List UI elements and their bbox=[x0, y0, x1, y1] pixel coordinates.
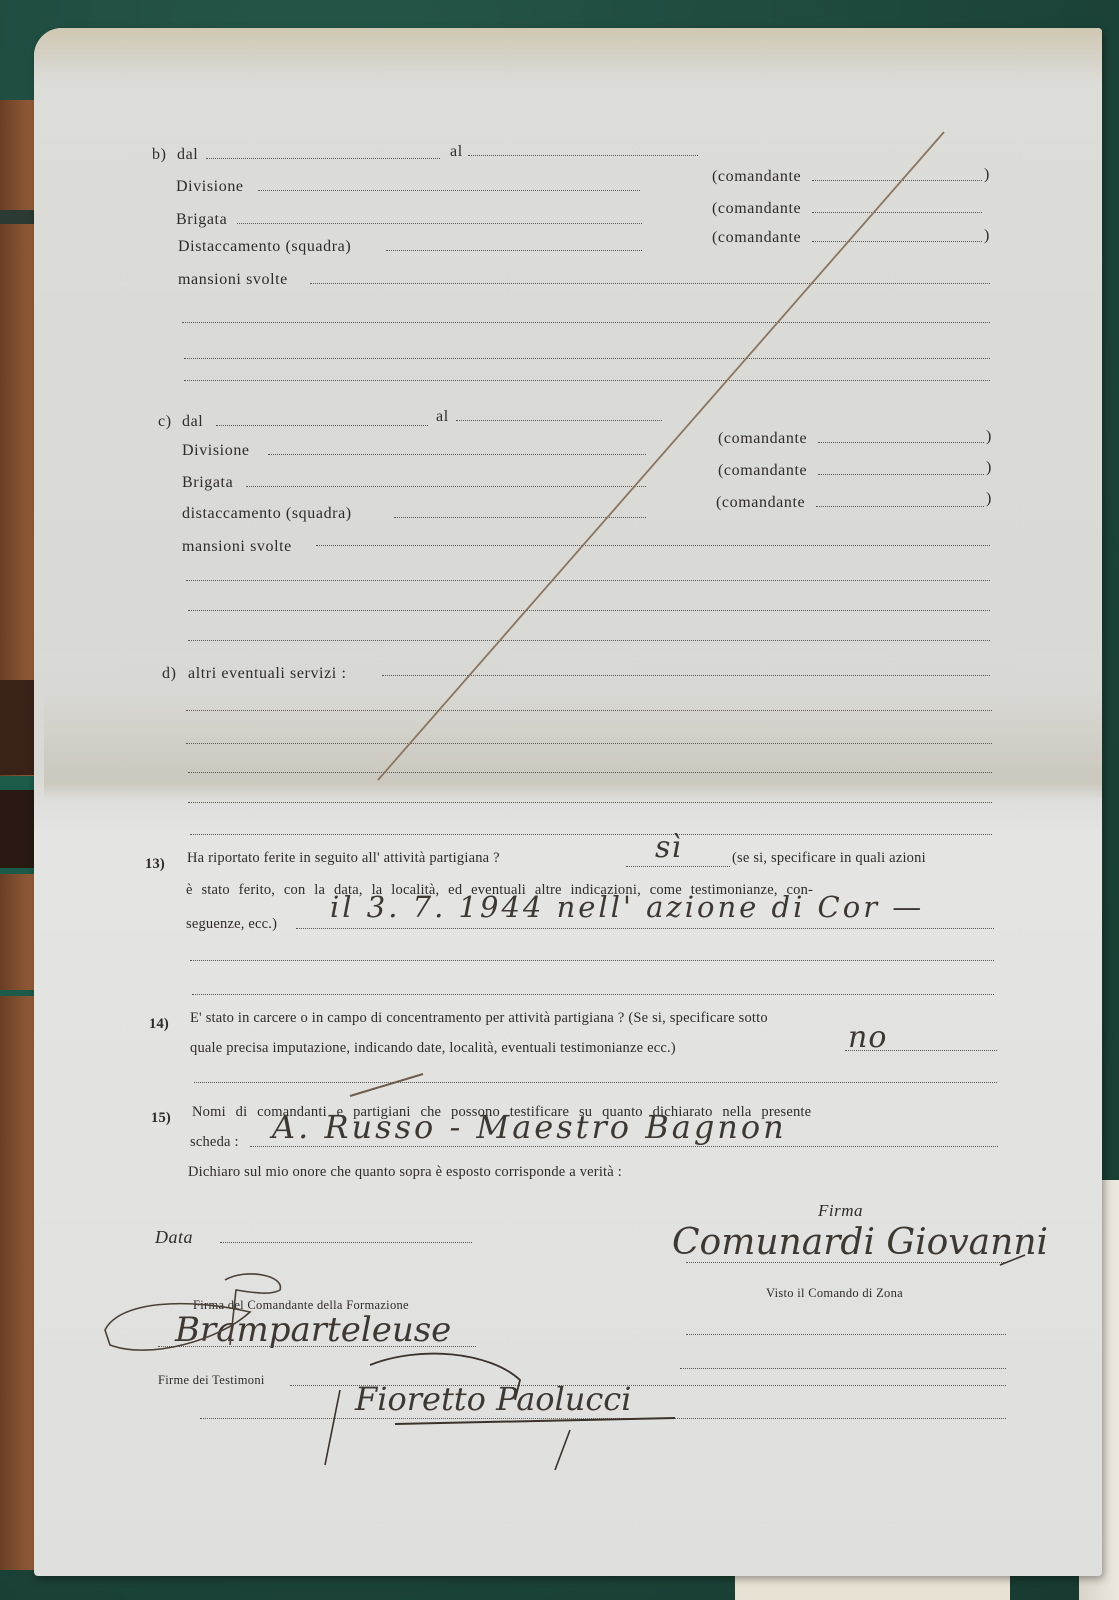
q13-question: Ha riportato ferite in seguito all' atti… bbox=[187, 850, 500, 867]
q14-question-line2: quale precisa imputazione, indicando dat… bbox=[190, 1040, 676, 1057]
close-paren: ) bbox=[986, 428, 992, 446]
close-paren: ) bbox=[986, 459, 992, 477]
q13-question-tail: (se si, specificare in quali azioni bbox=[732, 850, 926, 867]
q15-handwritten-names: A. Russo - Maestro Bagnon bbox=[272, 1108, 787, 1146]
section-c-mansioni-line[interactable] bbox=[186, 580, 990, 581]
section-c-comandante-3-label: (comandante bbox=[716, 494, 805, 512]
q13-line[interactable] bbox=[192, 994, 994, 995]
q15-names-field[interactable] bbox=[250, 1146, 998, 1147]
q13-line[interactable] bbox=[190, 960, 994, 961]
section-b-al-field[interactable] bbox=[468, 155, 698, 156]
section-c-comandante-1-label: (comandante bbox=[718, 430, 807, 448]
close-paren: ) bbox=[984, 227, 990, 245]
close-paren: ) bbox=[984, 166, 990, 184]
section-b-comandante-2-label: (comandante bbox=[712, 200, 801, 218]
q13-answer-field[interactable] bbox=[626, 866, 730, 867]
page-top-crease bbox=[34, 28, 1102, 83]
q13-consequences-field[interactable] bbox=[296, 928, 994, 929]
zona-label: Visto il Comando di Zona bbox=[766, 1286, 903, 1301]
section-c-mansioni-label: mansioni svolte bbox=[182, 538, 292, 556]
section-d-line[interactable] bbox=[186, 710, 992, 711]
declaration-text: Dichiaro sul mio onore che quanto sopra … bbox=[188, 1164, 622, 1181]
section-b-marker: b) bbox=[152, 146, 167, 164]
section-b-divisione-label: Divisione bbox=[176, 178, 244, 196]
witness-signature: Fioretto Paolucci bbox=[355, 1380, 631, 1418]
section-b-mansioni-line[interactable] bbox=[184, 380, 990, 381]
q13-answer-handwritten: sì bbox=[655, 830, 682, 865]
firma-label: Firma bbox=[818, 1201, 863, 1221]
section-b-mansioni-line[interactable] bbox=[184, 358, 990, 359]
q14-number: 14) bbox=[149, 1016, 169, 1033]
q14-answer-handwritten: no bbox=[848, 1020, 887, 1055]
q13-consequences-label: seguenze, ecc.) bbox=[186, 916, 277, 933]
section-b-mansioni-field[interactable] bbox=[310, 283, 990, 284]
section-c-distaccamento-label: distaccamento (squadra) bbox=[182, 505, 352, 523]
section-b-al-label: al bbox=[450, 143, 463, 161]
section-d-line[interactable] bbox=[188, 802, 992, 803]
commander-signature: Bramparteleuse bbox=[175, 1310, 451, 1350]
section-c-mansioni-field[interactable] bbox=[316, 545, 990, 546]
section-b-comandante-1-field[interactable] bbox=[812, 180, 982, 181]
section-c-mansioni-line[interactable] bbox=[188, 610, 990, 611]
section-d-marker: d) bbox=[162, 665, 177, 683]
q15-number: 15) bbox=[151, 1110, 171, 1127]
zona-line[interactable] bbox=[680, 1368, 1006, 1369]
section-c-comandante-1-field[interactable] bbox=[818, 442, 984, 443]
section-b-comandante-3-field[interactable] bbox=[812, 241, 982, 242]
section-c-distaccamento-field[interactable] bbox=[394, 517, 646, 518]
section-d-line[interactable] bbox=[186, 743, 992, 744]
witnesses-label: Firme dei Testimoni bbox=[158, 1373, 265, 1388]
section-b-comandante-3-label: (comandante bbox=[712, 229, 801, 247]
section-d-field[interactable] bbox=[382, 675, 990, 676]
q15-scheda-label: scheda : bbox=[190, 1134, 239, 1151]
close-paren: ) bbox=[986, 490, 992, 508]
section-b-distaccamento-label: Distaccamento (squadra) bbox=[178, 238, 351, 256]
q13-handwritten-detail: il 3. 7. 1944 nell' azione di Cor — bbox=[330, 890, 924, 924]
section-b-mansioni-label: mansioni svolte bbox=[178, 271, 288, 289]
q14-question: E' stato in carcere o in campo di concen… bbox=[190, 1010, 768, 1027]
section-c-dal-label: dal bbox=[182, 413, 203, 431]
section-c-marker: c) bbox=[158, 413, 172, 431]
section-b-brigata-label: Brigata bbox=[176, 211, 227, 229]
section-d-line[interactable] bbox=[190, 834, 992, 835]
section-d-line[interactable] bbox=[188, 772, 992, 773]
witness-field[interactable] bbox=[200, 1418, 1006, 1419]
section-c-al-label: al bbox=[436, 408, 449, 426]
section-b-comandante-1-label: (comandante bbox=[712, 168, 801, 186]
section-c-comandante-2-label: (comandante bbox=[718, 462, 807, 480]
section-b-divisione-field[interactable] bbox=[258, 190, 640, 191]
section-c-comandante-3-field[interactable] bbox=[816, 506, 984, 507]
q13-number: 13) bbox=[145, 856, 165, 873]
section-b-dal-label: dal bbox=[177, 146, 198, 164]
firma-signature: Comunardi Giovanni bbox=[672, 1222, 1048, 1263]
section-c-dal-field[interactable] bbox=[216, 425, 428, 426]
data-label: Data bbox=[155, 1227, 193, 1248]
section-c-brigata-field[interactable] bbox=[246, 486, 646, 487]
section-b-comandante-2-field[interactable] bbox=[812, 212, 982, 213]
section-b-distaccamento-field[interactable] bbox=[386, 250, 642, 251]
zona-line[interactable] bbox=[686, 1334, 1006, 1335]
section-c-mansioni-line[interactable] bbox=[188, 640, 990, 641]
section-d-label: altri eventuali servizi : bbox=[188, 665, 347, 683]
section-c-divisione-label: Divisione bbox=[182, 442, 250, 460]
section-c-al-field[interactable] bbox=[456, 420, 662, 421]
section-b-dal-field[interactable] bbox=[206, 158, 440, 159]
section-c-divisione-field[interactable] bbox=[268, 454, 646, 455]
q14-line[interactable] bbox=[194, 1082, 997, 1083]
section-b-mansioni-line[interactable] bbox=[182, 322, 990, 323]
section-c-comandante-2-field[interactable] bbox=[818, 474, 984, 475]
data-field[interactable] bbox=[220, 1242, 472, 1243]
page-fold-shadow bbox=[44, 690, 1102, 800]
section-b-brigata-field[interactable] bbox=[237, 223, 642, 224]
section-c-brigata-label: Brigata bbox=[182, 474, 233, 492]
